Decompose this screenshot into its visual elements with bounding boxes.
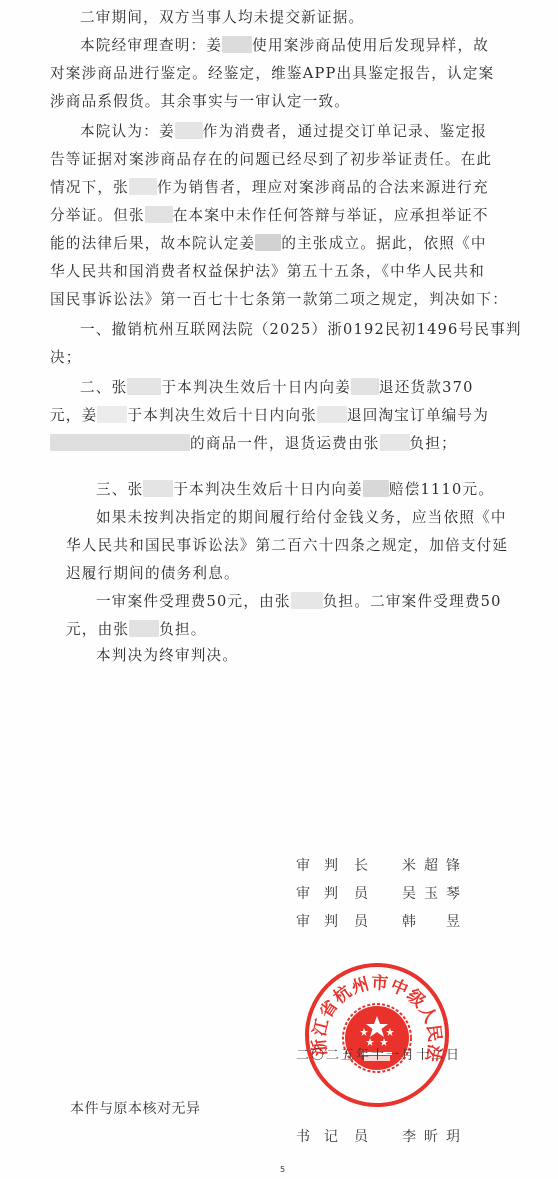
sig-title-char: 书 (296, 1126, 310, 1146)
paragraph-interest: 华人民共和国民事诉讼法》第二百六十四条之规定，加倍支付延 (66, 536, 462, 556)
sig-name-char: 吴 (402, 883, 416, 903)
text-segment: 负担。二审案件受理费50 (323, 593, 502, 610)
judgment-item-3: 三、张于本判决生效后十日内向姜赔偿1110元。 (96, 480, 476, 500)
paragraph-reasoning-line: 华人民共和国消费者权益保护法》第五十五条，《中华人民共和 (50, 262, 460, 282)
redacted-name (222, 36, 252, 53)
court-seal-icon: 浙江省杭州市中级人民法院 (302, 960, 452, 1110)
text-segment: 作为消费者，通过提交订单记录、鉴定报 (203, 123, 487, 140)
text-segment: 二、张 (80, 379, 127, 396)
paragraph-facts-line: 本院经审理查明：姜使用案涉商品使用后发现异样，故 (80, 36, 460, 56)
redacted-name (97, 406, 127, 423)
redacted-name (363, 480, 389, 497)
paragraph-interest: 迟履行期间的债务利息。 (66, 564, 476, 584)
sig-title-char: 员 (354, 1126, 368, 1146)
sig-name-char: 昕 (424, 1126, 438, 1146)
text-segment: 退还货款370 (379, 379, 474, 396)
text-segment: 告等证据对案涉商品存在的问题已经尽到了初步举证责任。在此 (50, 151, 492, 168)
sig-name-char: 超 (424, 855, 438, 875)
paragraph-reasoning-line: 情况下，张作为销售者，理应对案涉商品的合法来源进行充 (50, 178, 460, 198)
redacted-name (143, 480, 173, 497)
judgment-item-2: 元，姜于本判决生效后十日内向张退回淘宝订单编号为 (50, 406, 460, 426)
sig-name-char: 韩 (402, 911, 416, 931)
text-segment: 国民事诉讼法》第一百七十七条第一款第二项之规定，判决如下： (50, 291, 508, 308)
sig-title-char: 员 (354, 911, 368, 931)
paragraph-reasoning-line: 国民事诉讼法》第一百七十七条第一款第二项之规定，判决如下： (50, 290, 460, 310)
text-segment: 于本判决生效后十日内向姜 (161, 379, 351, 396)
text-segment: 华人民共和国民事诉讼法》第二百六十四条之规定，加倍支付延 (66, 537, 508, 554)
paragraph-interest: 如果未按判决指定的期间履行给付金钱义务，应当依照《中 (96, 508, 462, 528)
sig-title-char: 判 (324, 883, 338, 903)
redacted-name (127, 378, 161, 395)
text-segment: 华人民共和国消费者权益保护法》第五十五条，《中华人民共和 (50, 263, 485, 280)
text-segment: 作为销售者，理应对案涉商品的合法来源进行充 (157, 179, 489, 196)
paragraph-final-judgment: 本判决为终审判决。 (96, 646, 506, 666)
redacted-name (317, 406, 347, 423)
text-segment: 退回淘宝订单编号为 (347, 407, 489, 424)
redacted-name (255, 234, 281, 251)
text-segment: 的商品一件，退货运费由张 (190, 435, 380, 452)
redacted-name (291, 592, 323, 609)
paragraph-reasoning-line: 分举证。但张在本案中未作任何答辩与举证，应承担举证不 (50, 206, 460, 226)
text-segment: 本院认为：姜 (80, 123, 175, 140)
text-segment: 本判决为终审判决。 (96, 647, 238, 664)
paragraph-fees: 一审案件受理费50元，由张负担。二审案件受理费50 (96, 592, 462, 612)
text-segment: 对案涉商品进行鉴定。经鉴定，维鉴APP出具鉴定报告，认定案 (50, 65, 494, 82)
sig-name-char: 昱 (446, 911, 460, 931)
redacted-name (380, 434, 410, 451)
sig-title-char: 长 (354, 855, 368, 875)
redacted-name (129, 178, 157, 195)
judgment-item-1: 一、撤销杭州互联网法院（2025）浙0192民初1496号民事判 (80, 320, 460, 340)
sig-title-char: 判 (324, 911, 338, 931)
paragraph-reasoning-line: 本院认为：姜作为消费者，通过提交订单记录、鉴定报 (80, 122, 460, 142)
text-segment: 本院经审理查明：姜 (80, 37, 222, 54)
text-segment: 一、撤销杭州互联网法院（2025）浙0192民初1496号民事判 (80, 321, 522, 338)
sig-name-char: 米 (402, 855, 416, 875)
text-segment: 赔偿1110元。 (389, 481, 494, 498)
text-segment: 使用案涉商品使用后发现异样，故 (252, 37, 489, 54)
page-number: 5 (280, 1165, 285, 1174)
text-segment: 分举证。但张 (50, 207, 145, 224)
sig-title-char: 判 (324, 855, 338, 875)
sig-title-char: 记 (324, 1126, 338, 1146)
text-segment: 于本判决生效后十日内向张 (127, 407, 317, 424)
text-segment: 迟履行期间的债务利息。 (66, 565, 240, 582)
text-segment: 负担。 (159, 621, 206, 638)
judgment-date: 二〇二五年十一月十二日 (296, 1044, 461, 1063)
text-segment: 决； (50, 349, 82, 366)
text-line: 二审期间，双方当事人均未提交新证据。 (80, 9, 364, 26)
sig-title-char: 审 (296, 883, 310, 903)
text-segment: 情况下，张 (50, 179, 129, 196)
redacted-name (145, 206, 173, 223)
redacted-name (351, 378, 379, 395)
paragraph-second-instance-evidence: 二审期间，双方当事人均未提交新证据。 (80, 8, 460, 28)
judgment-item-1: 决； (50, 348, 460, 368)
paragraph-facts-line: 涉商品系假货。其余事实与一审认定一致。 (50, 92, 460, 112)
text-segment: 在本案中未作任何答辩与举证，应承担举证不 (173, 207, 489, 224)
paragraph-reasoning-line: 告等证据对案涉商品存在的问题已经尽到了初步举证责任。在此 (50, 150, 460, 170)
text-segment: 元，姜 (50, 407, 97, 424)
sig-name-char: 李 (402, 1126, 416, 1146)
paragraph-facts-line: 对案涉商品进行鉴定。经鉴定，维鉴APP出具鉴定报告，认定案 (50, 64, 460, 84)
text-segment: 元，由张 (66, 621, 129, 638)
sig-title-char: 审 (296, 911, 310, 931)
sig-title-char: 审 (296, 855, 310, 875)
sig-name-char: 锋 (446, 855, 460, 875)
paragraph-fees: 元，由张负担。 (66, 620, 476, 640)
text-segment: 三、张 (96, 481, 143, 498)
judgment-item-2: 二、张于本判决生效后十日内向姜退还货款370 (80, 378, 460, 398)
text-segment: 于本判决生效后十日内向姜 (173, 481, 363, 498)
paragraph-reasoning-line: 能的法律后果，故本院认定姜的主张成立。据此，依照《中 (50, 234, 460, 254)
sig-title-char: 员 (354, 883, 368, 903)
redacted-order-number (50, 434, 190, 451)
text-segment: 一审案件受理费50元，由张 (96, 593, 291, 610)
text-segment: 的主张成立。据此，依照《中 (281, 235, 486, 252)
text-segment: 如果未按判决指定的期间履行给付金钱义务，应当依照《中 (96, 509, 507, 526)
text-segment: 负担； (410, 435, 457, 452)
sig-name-char: 琴 (446, 883, 460, 903)
text-segment: 涉商品系假货。其余事实与一审认定一致。 (50, 93, 350, 110)
judgment-item-2: 的商品一件，退货运费由张负担； (50, 434, 460, 454)
sig-name-char: 玉 (424, 883, 438, 903)
redacted-name (129, 620, 159, 637)
sig-name-char: 玥 (446, 1126, 460, 1146)
redacted-name (175, 122, 203, 139)
text-segment: 能的法律后果，故本院认定姜 (50, 235, 255, 252)
document-page: 二审期间，双方当事人均未提交新证据。 本院经审理查明：姜使用案涉商品使用后发现异… (0, 0, 558, 1179)
certified-copy-note: 本件与原本核对无异 (70, 1098, 201, 1118)
